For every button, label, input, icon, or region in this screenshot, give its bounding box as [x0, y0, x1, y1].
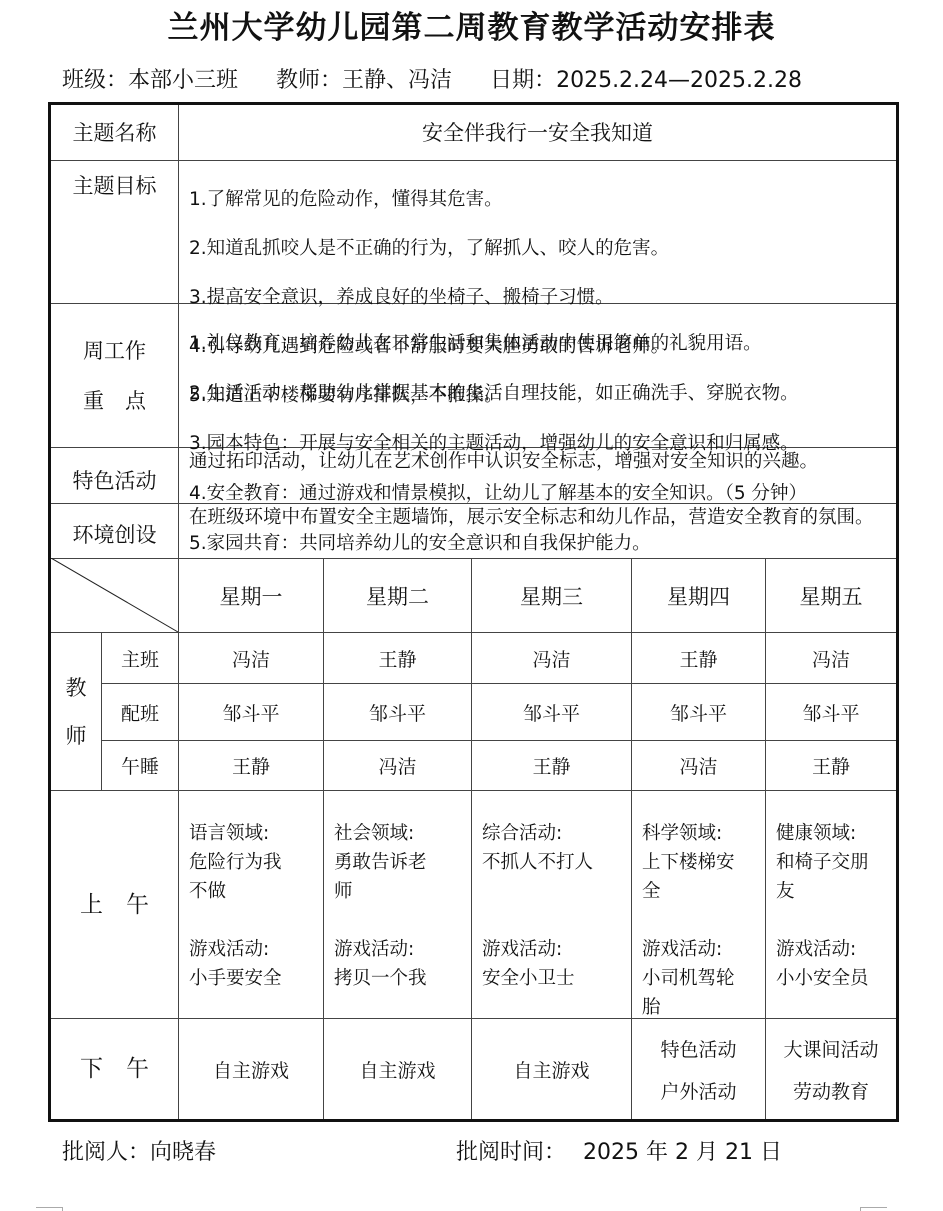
teacher-cell: 冯洁: [766, 633, 896, 683]
teacher-cell: 王静: [472, 741, 631, 790]
document-title: 兰州大学幼儿园第二周教育教学活动安排表: [0, 6, 943, 50]
afternoon-activity-wed: 自主游戏: [472, 1019, 631, 1119]
weekly-focus-list: 1.礼仪教育：培养幼儿在日常生活和集体活动中使用简单的礼貌用语。 2.生活活动：…: [179, 304, 896, 447]
theme-name-label: 主题名称: [51, 105, 178, 160]
goal-item: 2.知道乱抓咬人是不正确的行为，了解抓人、咬人的危害。: [189, 237, 896, 262]
reviewer-label: 批阅人：: [62, 1140, 150, 1165]
teacher-cell: 王静: [766, 741, 896, 790]
teacher-cell: 邹斗平: [632, 684, 765, 740]
morning-activity-mon: 语言领域: 危险行为我 不做 游戏活动: 小手要安全: [179, 791, 323, 1018]
morning-activity-wed: 综合活动: 不抓人不打人 游戏活动: 安全小卫士: [472, 791, 631, 1018]
teacher-value: 王静、冯洁: [342, 64, 452, 98]
teacher-cell: 邹斗平: [766, 684, 896, 740]
day-header-thu: 星期四: [632, 559, 765, 632]
day-header-wed: 星期三: [472, 559, 631, 632]
teacher-cell: 王静: [179, 741, 323, 790]
class-label: 班级：: [62, 64, 128, 98]
teacher-cell: 王静: [632, 633, 765, 683]
teacher-cell: 冯洁: [179, 633, 323, 683]
page-corner-mark-right: [860, 1207, 887, 1211]
teacher-cell: 冯洁: [632, 741, 765, 790]
environment-label: 环境创设: [51, 504, 178, 558]
teacher-cell: 邹斗平: [179, 684, 323, 740]
focus-item: 1.礼仪教育：培养幼儿在日常生活和集体活动中使用简单的礼貌用语。: [189, 331, 896, 356]
weekly-focus-label: 周工作 重 点: [51, 304, 178, 447]
teacher-cell: 王静: [324, 633, 471, 683]
role-label-nap: 午睡: [102, 741, 178, 790]
date-label: 日期：: [490, 64, 556, 98]
header-meta: 班级：本部小三班教师：王静、冯洁日期：2025.2.24—2025.2.28: [62, 64, 802, 98]
environment-text: 在班级环境中布置安全主题墙饰，展示安全标志和幼儿作品，营造安全教育的氛围。: [179, 504, 888, 558]
day-header-mon: 星期一: [179, 559, 323, 632]
teacher-cell: 冯洁: [472, 633, 631, 683]
page-corner-mark-left: [36, 1207, 63, 1211]
teacher-label: 教师：: [276, 64, 342, 98]
theme-goal-label: 主题目标: [51, 161, 178, 211]
morning-activity-fri: 健康领域: 和椅子交朋 友 游戏活动: 小小安全员: [766, 791, 896, 1018]
diagonal-header-divider: [51, 558, 179, 632]
afternoon-activity-fri: 大课间活动 劳动教育: [766, 1019, 896, 1119]
teacher-cell: 冯洁: [324, 741, 471, 790]
day-header-fri: 星期五: [766, 559, 896, 632]
role-label-assistant: 配班: [102, 684, 178, 740]
teacher-cell: 邹斗平: [472, 684, 631, 740]
morning-activity-thu: 科学领域: 上下楼梯安 全 游戏活动: 小司机驾轮 胎: [632, 791, 765, 1018]
goal-item: 1.了解常见的危险动作，懂得其危害。: [189, 188, 896, 213]
morning-label: 上 午: [51, 791, 178, 1018]
review-time-value: 2025 年 2 月 21 日: [583, 1140, 782, 1165]
teacher-cell: 邹斗平: [324, 684, 471, 740]
afternoon-activity-tue: 自主游戏: [324, 1019, 471, 1119]
morning-activity-tue: 社会领域: 勇敢告诉老 师 游戏活动: 拷贝一个我: [324, 791, 471, 1018]
theme-goal-list: 1.了解常见的危险动作，懂得其危害。 2.知道乱抓咬人是不正确的行为，了解抓人、…: [179, 161, 896, 303]
focus-item: 2.生活活动：帮助幼儿掌握基本的生活自理技能，如正确洗手、穿脱衣物。: [189, 381, 896, 406]
afternoon-label: 下 午: [51, 1019, 178, 1119]
role-label-main: 主班: [102, 633, 178, 683]
review-time: 批阅时间： 2025 年 2 月 21 日: [456, 1136, 782, 1170]
teacher-group-label: 教 师: [51, 633, 101, 790]
day-header-tue: 星期二: [324, 559, 471, 632]
afternoon-activity-mon: 自主游戏: [179, 1019, 323, 1119]
reviewer-value: 向晓春: [150, 1140, 216, 1165]
theme-name-value: 安全伴我行一安全我知道: [179, 105, 896, 160]
reviewer: 批阅人：向晓春: [62, 1136, 216, 1170]
class-value: 本部小三班: [128, 64, 238, 98]
feature-activity-label: 特色活动: [51, 448, 178, 503]
afternoon-activity-thu: 特色活动 户外活动: [632, 1019, 765, 1119]
feature-activity-text: 通过拓印活动，让幼儿在艺术创作中认识安全标志，增强对安全知识的兴趣。: [179, 448, 888, 503]
review-time-label: 批阅时间：: [456, 1140, 566, 1165]
date-value: 2025.2.24—2025.2.28: [556, 64, 802, 98]
schedule-table: 主题名称 安全伴我行一安全我知道 主题目标 1.了解常见的危险动作，懂得其危害。…: [48, 102, 899, 1122]
